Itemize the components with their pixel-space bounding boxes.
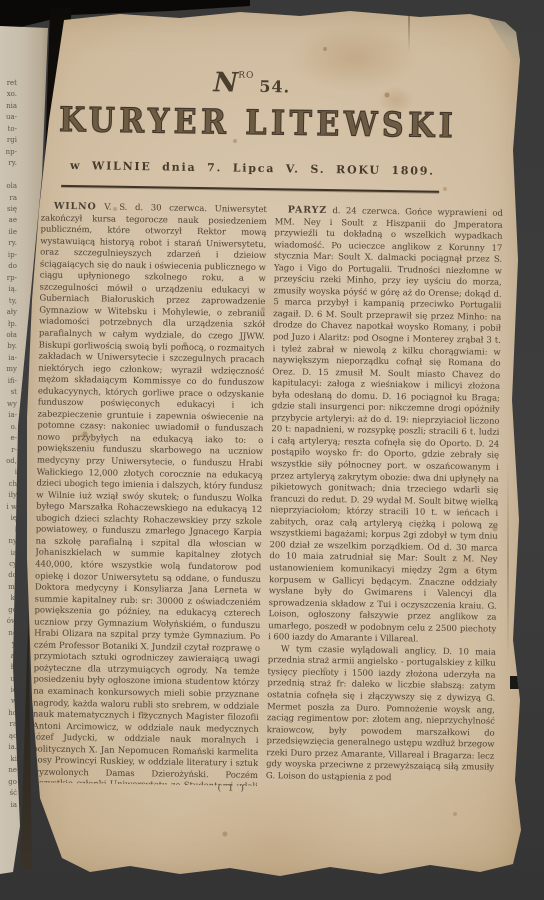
issue-number-value: 54. (259, 77, 290, 96)
paryz-body-1: Gońce wyprawieni od MM. Ney i Soult z Hi… (268, 207, 503, 644)
issue-number-prefix: N (213, 67, 238, 98)
column-right: PARYZ d. 24 czerwca. Gońce wyprawieni od… (266, 204, 503, 790)
article-wilno: WILNO V. S. d. 30 czerwca. Uniwersytet z… (32, 201, 267, 786)
page-content: NRO 54. KURYER LITEWSKI w WILNIE dnia 7.… (10, 4, 524, 884)
masthead-title: KURYER LITEWSKI (32, 100, 485, 146)
paryz-paragraph-2: W tym czasie wylądowali anglicy. D. 10 m… (266, 644, 496, 786)
masthead-rule (61, 185, 439, 193)
article-paryz: PARYZ d. 24 czerwca. Gońce wyprawieni od… (268, 204, 503, 647)
wilno-body: Uniwersytet zakończył kursa tegorocze na… (32, 204, 267, 786)
paryz-dateline-rest: d. 24 czerwca. (327, 206, 400, 217)
paryz-body-2: W tym czasie wylądowali anglicy. D. 10 m… (266, 644, 496, 783)
masthead-dateline: w WILNIE dnia 7. Lipca V. S. ROKU 1809. (31, 158, 473, 178)
wilno-dateline-lead: WILNO (54, 201, 97, 213)
neighbor-page-text-fragments: ret xo. nia ua- to- rgi np- ry. ola ra s… (1, 78, 17, 811)
issue-number-superscript: RO (238, 71, 254, 81)
wilno-dateline-rest: V. S. d. 30 czerwca. (97, 202, 207, 214)
newspaper-page: NRO 54. KURYER LITEWSKI w WILNIE dnia 7.… (24, 8, 524, 880)
masthead-issue-number: NRO 54. (152, 66, 352, 100)
column-left: WILNO V. S. d. 30 czerwca. Uniwersytet z… (32, 201, 267, 786)
scanned-newspaper-page: ret xo. nia ua- to- rgi np- ry. ola ra s… (0, 0, 544, 900)
article-columns: WILNO V. S. d. 30 czerwca. Uniwersytet z… (12, 200, 521, 790)
page-number: ( 1 ) (197, 783, 267, 794)
paryz-dateline-lead: PARYZ (288, 204, 327, 216)
